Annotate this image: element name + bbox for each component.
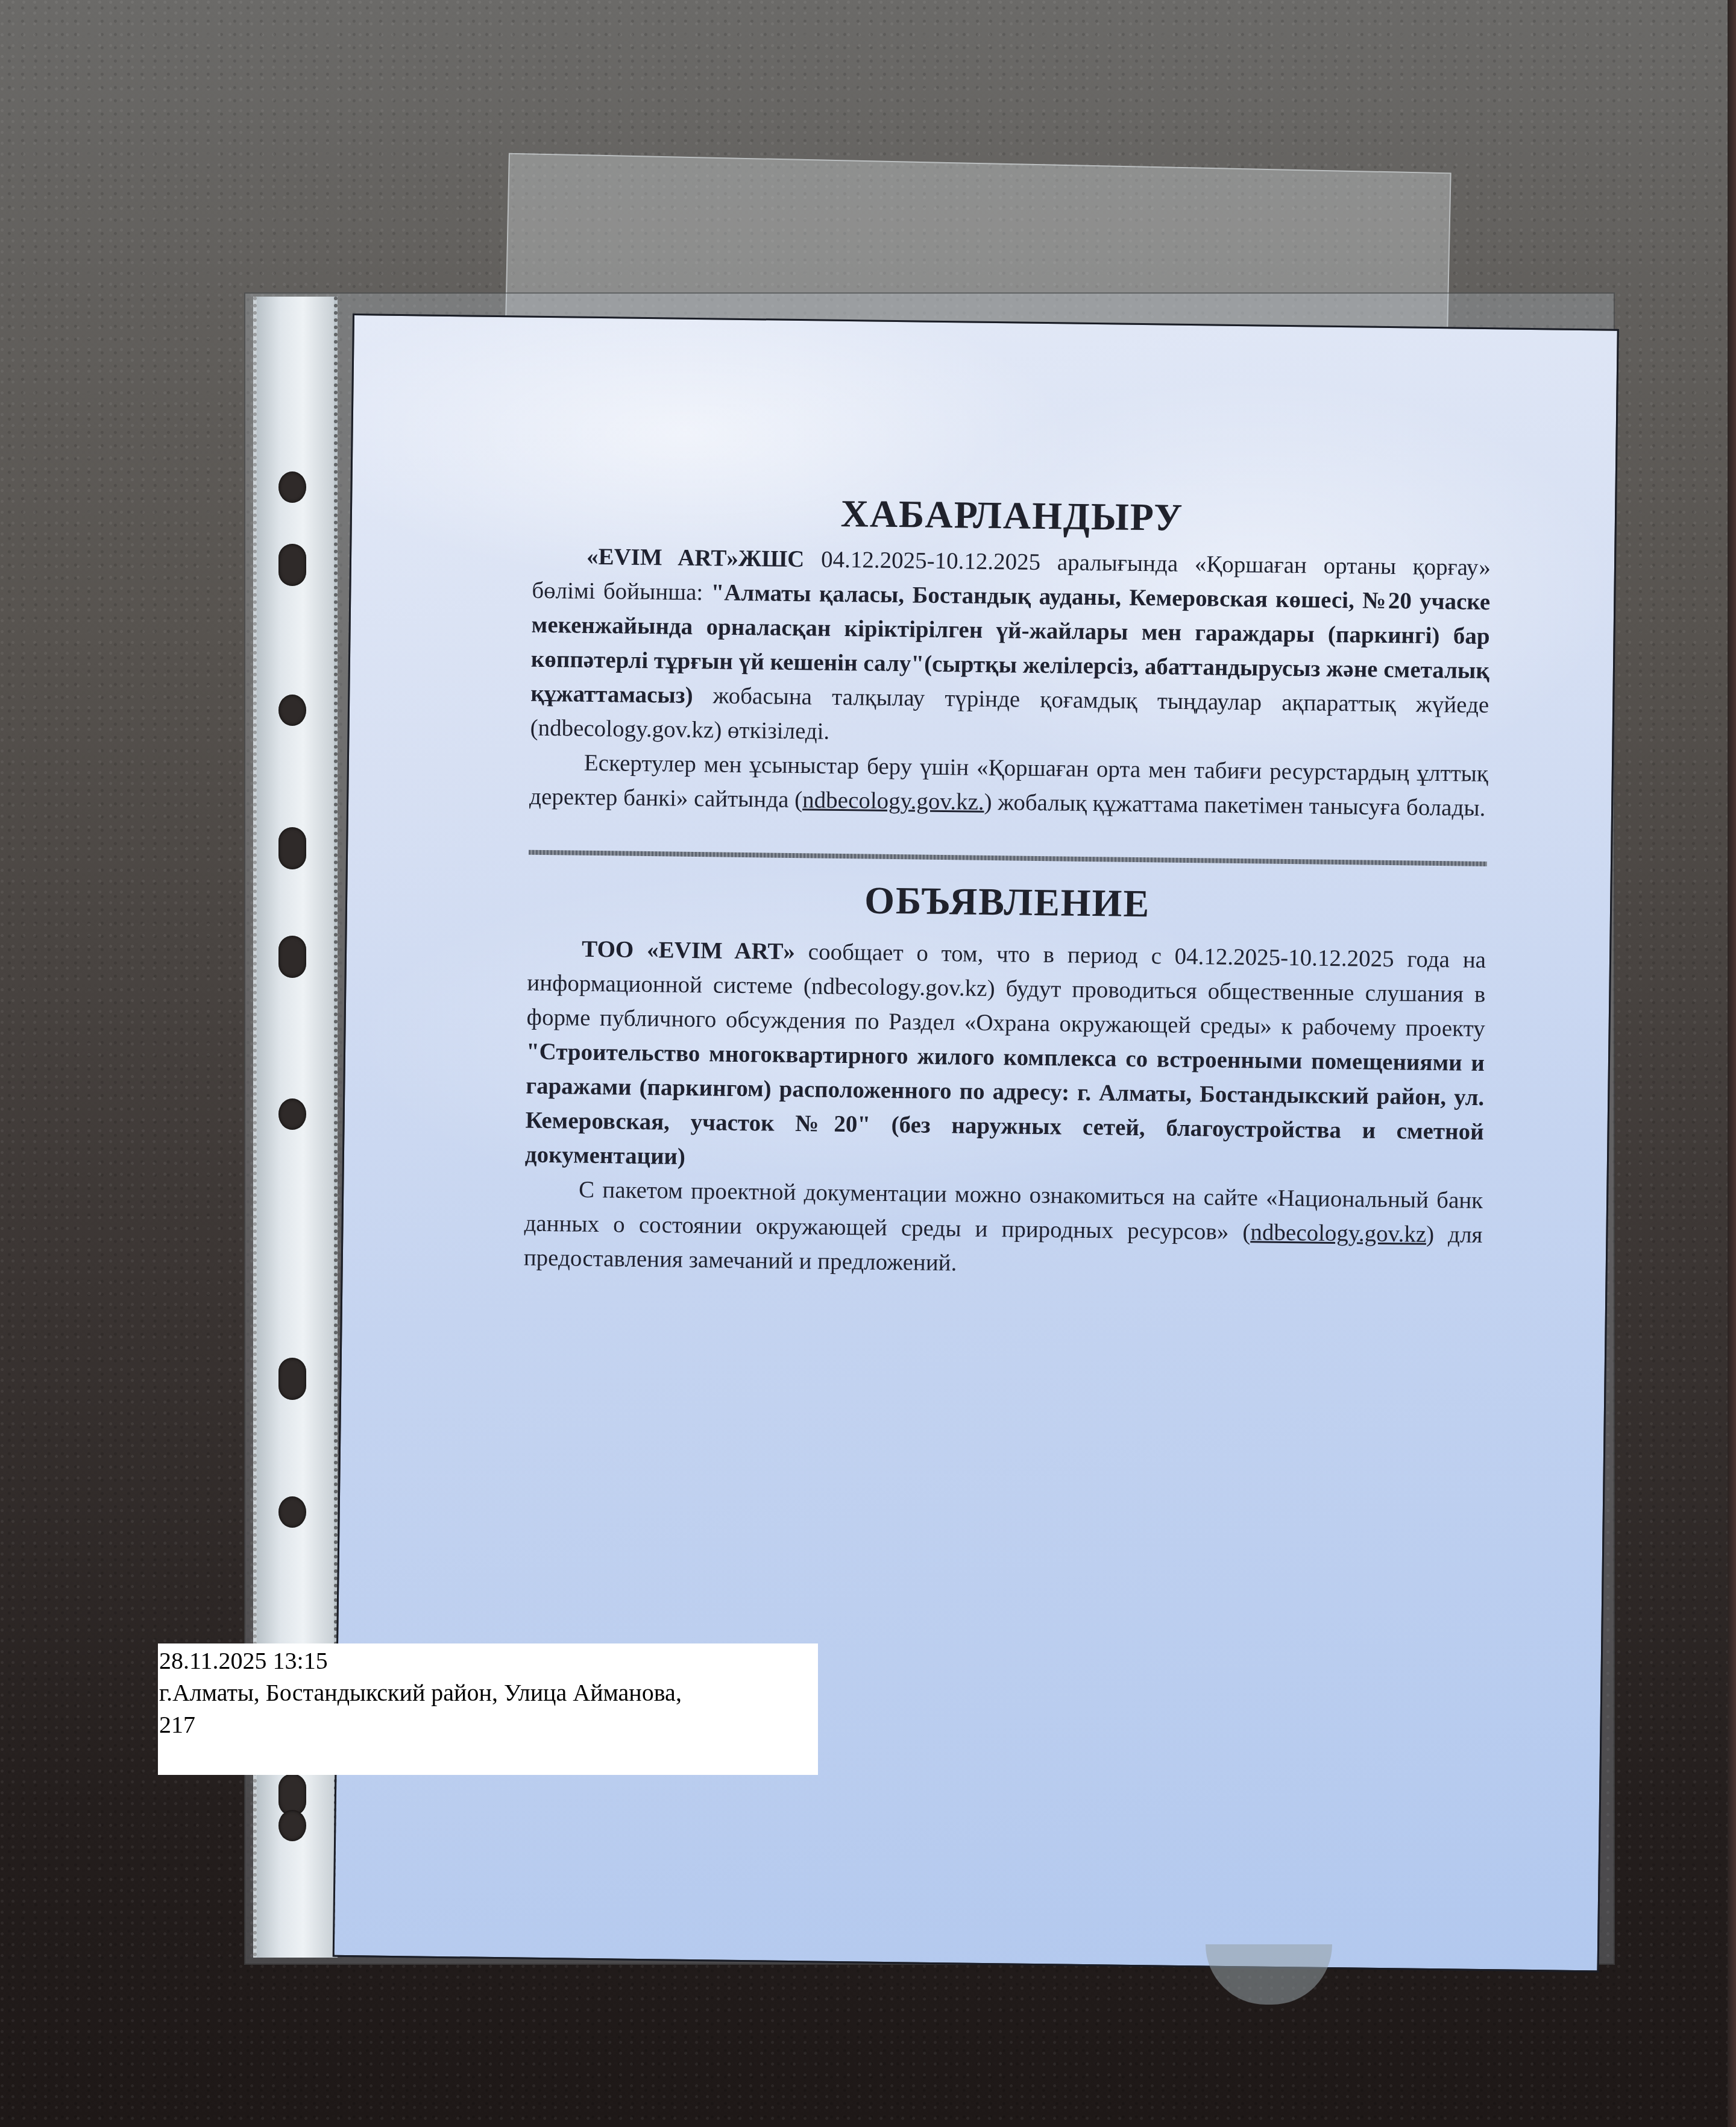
website-link: ndbecology.gov.kz. bbox=[802, 787, 984, 815]
punch-hole bbox=[278, 544, 306, 586]
stamp-address-line2: 217 bbox=[158, 1709, 818, 1741]
punch-hole bbox=[278, 1358, 306, 1400]
text: ) жобалық құжаттама пакетімен танысуға б… bbox=[984, 789, 1485, 821]
company-name: «EVIM ART»ЖШС bbox=[587, 544, 805, 572]
project-name: "Строительство многоквартирного жилого к… bbox=[525, 1039, 1485, 1170]
punch-hole bbox=[278, 471, 306, 503]
punch-hole bbox=[278, 827, 306, 869]
punch-hole bbox=[278, 936, 306, 978]
kazakh-paragraph-1: «EVIM ART»ЖШС 04.12.2025-10.12.2025 арал… bbox=[530, 539, 1491, 757]
kazakh-paragraph-2: Ескертулер мен ұсыныстар беру үшін «Қорш… bbox=[529, 745, 1488, 825]
punch-hole bbox=[278, 695, 306, 726]
russian-paragraph-2: С пакетом проектной документации можно о… bbox=[524, 1172, 1483, 1287]
company-name: ТОО «EVIM ART» bbox=[582, 936, 795, 965]
stamp-datetime: 28.11.2025 13:15 bbox=[158, 1645, 818, 1677]
kazakh-title: ХАБАРЛАНДЫРУ bbox=[533, 493, 1492, 538]
website-link: ndbecology.gov.kz bbox=[1250, 1219, 1426, 1247]
door-edge bbox=[1728, 0, 1736, 2127]
russian-title: ОБЪЯВЛЕНИЕ bbox=[528, 879, 1487, 925]
section-divider bbox=[529, 850, 1487, 866]
punch-hole bbox=[278, 1098, 306, 1130]
russian-paragraph-1: ТОО «EVIM ART» сообщает о том, что в пер… bbox=[525, 931, 1486, 1183]
photo-timestamp-stamp: 28.11.2025 13:15 г.Алматы, Бостандыкский… bbox=[158, 1643, 818, 1775]
punch-hole bbox=[278, 1496, 306, 1528]
notice-content: ХАБАРЛАНДЫРУ «EVIM ART»ЖШС 04.12.2025-10… bbox=[524, 493, 1492, 1287]
punch-hole bbox=[278, 1810, 306, 1841]
stamp-address-line1: г.Алматы, Бостандыкский район, Улица Айм… bbox=[158, 1677, 818, 1709]
